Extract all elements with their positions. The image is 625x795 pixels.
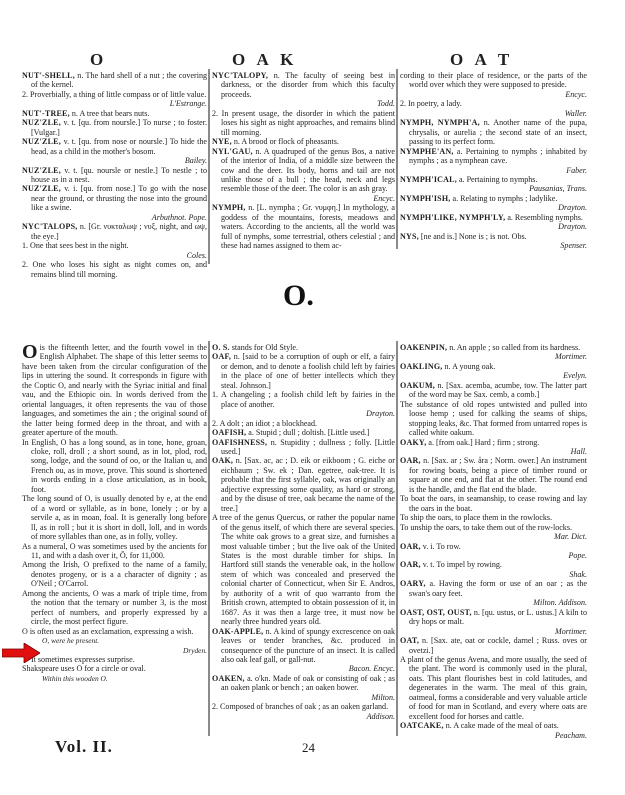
headword: OAFISHNESS, [212, 438, 267, 447]
dictionary-entry: OAFISHNESS, n. Stupidity ; dullness ; fo… [212, 438, 395, 457]
dictionary-entry: NYC'TALOPS, n. [Gr. νυκταλωψ ; νυξ, nigh… [22, 222, 207, 241]
dictionary-entry: NYMPH, n. [L. nympha ; Gr. νυμφη.] In my… [212, 203, 395, 250]
entry-text: Among the Irish, O prefixed to the name … [22, 560, 207, 588]
dictionary-entry: OATCAKE, n. A cake made of the meal of o… [400, 721, 587, 740]
dictionary-entry: OAST, OST, OUST, n. [qu. ustus, or L. us… [400, 608, 587, 636]
top-column-3: cording to their place of residence, or … [400, 71, 587, 251]
citation-author: Drayton. [221, 409, 395, 418]
dictionary-entry: It sometimes expresses surprise. [22, 655, 207, 664]
headword: OAKEN, [212, 674, 245, 683]
dictionary-entry: NUZ'ZLE, v. t. [qu. from nose or noursle… [22, 137, 207, 165]
entry-text: 2. A dolt ; an idiot ; a blockhead. [212, 419, 317, 428]
dictionary-entry: OAR, v. i. To row.Pope. [400, 542, 587, 561]
entry-text: n. [Sax. ate, oat or cockle, darnel ; Ru… [409, 636, 587, 654]
headword: OAK-APPLE, [212, 627, 263, 636]
headword: OAST, OST, OUST, [400, 608, 472, 617]
quotation: O, were he present. [42, 636, 99, 645]
entry-text: 1. A changeling ; a foolish child left b… [212, 390, 395, 408]
bottom-column-3: OAKENPIN, n. An apple ; so called from i… [400, 343, 587, 740]
top-column-1: NUT'-SHELL, n. The hard shell of a nut ;… [22, 71, 207, 279]
entry-text: n. An apple ; so called from its hardnes… [447, 343, 580, 352]
citation-author: Shak. [409, 570, 587, 579]
dictionary-entry: NYC'TALOPY, n. The faculty of seeing bes… [212, 71, 395, 109]
dictionary-entry: cording to their place of residence, or … [400, 71, 587, 99]
guide-word-left: O [90, 50, 107, 70]
citation-author: Drayton. [409, 203, 587, 212]
dictionary-entry: OAKEN, a. o'kn. Made of oak or consistin… [212, 674, 395, 702]
dictionary-entry: NUZ'ZLE, v. i. [qu. from nose.] To go wi… [22, 184, 207, 222]
headword: NYE, [212, 137, 232, 146]
entry-text: It sometimes expresses surprise. [31, 655, 135, 664]
entry-text: a. o'kn. Made of oak or consisting of oa… [221, 674, 395, 692]
dictionary-entry: To ship the oars, to place them in the r… [400, 513, 587, 522]
citation-author: Bailey. [31, 156, 207, 165]
entry-text: v. i. To row. [421, 542, 461, 551]
dictionary-entry: NUZ'ZLE, v. t. [qu. noursle or nestle.] … [22, 166, 207, 185]
citation-author: Evelyn. [409, 371, 587, 380]
column-divider [208, 69, 210, 264]
citation-author: Bacon. Encyc. [221, 664, 395, 673]
entry-text: a. Pertaining to nymphs. [457, 175, 537, 184]
headword: OAKUM, [400, 381, 435, 390]
headword: NYMPH'ICAL, [400, 175, 457, 184]
entry-text: stands for Old Style. [230, 343, 298, 352]
dictionary-entry: Shakspeare uses O for a circle or oval. [22, 664, 207, 673]
headword: OAT, [400, 636, 419, 645]
citation-author: Pausanias, Trans. [409, 184, 587, 193]
dictionary-entry: OAKUM, n. [Sax. acemba, acumbe, tow. The… [400, 381, 587, 400]
dictionary-entry: Within this wooden O. [22, 674, 207, 683]
entry-text: n. A brood or flock of pheasants. [232, 137, 339, 146]
dictionary-entry: OAK, n. [Sax. ac, ac ; D. eik or eikboom… [212, 456, 395, 513]
dictionary-entry: 2. A dolt ; an idiot ; a blockhead. [212, 419, 395, 428]
dictionary-entry: 2. Proverbially, a thing of little compa… [22, 90, 207, 109]
headword: OAR, [400, 456, 421, 465]
entry-text: As a numeral, O was sometimes used by th… [22, 542, 207, 560]
citation-author: Addison. [221, 712, 395, 721]
dictionary-entry: 2. One who loses his sight as night come… [22, 260, 207, 279]
citation-author: Pope. [409, 551, 587, 560]
headword: NYMPH, [212, 203, 246, 212]
entry-text: 2. Composed of branches of oak ; as an o… [212, 702, 388, 711]
headword: OATCAKE, [400, 721, 444, 730]
entry-text: 2. Proverbially, a thing of little compa… [22, 90, 206, 99]
headword: NUZ'ZLE, [22, 118, 61, 127]
entry-text: Among the ancients, O was a mark of trip… [22, 589, 207, 626]
entry-text: O is often used as an exclamation, expre… [22, 627, 193, 636]
entry-text: [ne and is.] None is ; is not. Obs. [419, 232, 527, 241]
entry-text: The substance of old ropes untwisted and… [400, 400, 587, 437]
entry-text: A tree of the genus Quercus, or rather t… [212, 513, 395, 626]
headword: OAR, [400, 542, 421, 551]
entry-text: n. [Sax. ac, ac ; D. eik or eikboom ; G.… [221, 456, 395, 512]
dictionary-entry: OAKENPIN, n. An apple ; so called from i… [400, 343, 587, 362]
dictionary-entry: As a numeral, O was sometimes used by th… [22, 542, 207, 561]
column-divider [208, 341, 210, 736]
citation-author: Milton. Addison. [409, 598, 587, 607]
headword: NYMPHE'AN, [400, 147, 454, 156]
citation-author: Todd. [221, 99, 395, 108]
citation-author: Waller. [409, 109, 587, 118]
dictionary-entry: NUZ'ZLE, v. t. [qu. from noursle.] To nu… [22, 118, 207, 137]
headword: O. S. [212, 343, 230, 352]
headword: OAF, [212, 352, 231, 361]
dictionary-entry: To boat the oars, in seamanship, to ceas… [400, 494, 587, 513]
dictionary-entry: NYMPH'ICAL, a. Pertaining to nymphs.Paus… [400, 175, 587, 194]
entry-text: a. Having the form or use of an oar ; as… [409, 579, 587, 597]
entry-text: 2. One who loses his sight as night come… [22, 260, 207, 278]
dictionary-entry: OAF, n. [said to be a corruption of ouph… [212, 352, 395, 390]
entry-text: n. A young oak. [443, 362, 496, 371]
entry-text: v. t. To impel by rowing. [421, 560, 502, 569]
top-column-2: NYC'TALOPY, n. The faculty of seeing bes… [212, 71, 395, 251]
dictionary-entry: OAK-APPLE, n. A kind of spungy excrescen… [212, 627, 395, 674]
dictionary-entry: NYMPHE'AN, a. Pertaining to nymphs ; inh… [400, 147, 587, 175]
headword: OAFISH, [212, 428, 246, 437]
dictionary-entry: 2. In present usage, the disorder in whi… [212, 109, 395, 137]
dictionary-entry: OAKLING, n. A young oak.Evelyn. [400, 362, 587, 381]
headword: OAR, [400, 560, 421, 569]
column-divider [396, 341, 398, 736]
entry-text: 1. One that sees best in the night. [22, 241, 129, 250]
entry-text: Shakspeare uses O for a circle or oval. [22, 664, 146, 673]
citation-author: Peacham. [409, 731, 587, 740]
headword: NYL'GAU, [212, 147, 253, 156]
citation-author: Spenser. [409, 241, 587, 250]
dictionary-entry: OARY, a. Having the form or use of an oa… [400, 579, 587, 607]
guide-word-right: O A T [450, 50, 513, 70]
headword: NYMPH, NYMPH'A, [400, 118, 480, 127]
volume-label: Vol. II. [55, 737, 113, 757]
dictionary-entry: NYMPH'ISH, a. Relating to nymphs ; ladyl… [400, 194, 587, 213]
citation-author: Coles. [31, 251, 207, 260]
bottom-column-1: O is the fifteenth letter, and the fourt… [22, 343, 207, 683]
citation-author: L'Estrange. [31, 99, 207, 108]
dictionary-entry: OAR, n. [Sax. ar ; Sw. åra ; Norm. ower.… [400, 456, 587, 494]
dictionary-entry: NYMPH, NYMPH'A, n. Another name of the p… [400, 118, 587, 146]
headword: NYC'TALOPS, [22, 222, 77, 231]
citation-author: Encyc. [221, 194, 395, 203]
entry-text: a. Relating to nymphs ; ladylike. [451, 194, 558, 203]
bottom-column-2: O. S. stands for Old Style.OAF, n. [said… [212, 343, 395, 721]
dictionary-entry: O is often used as an exclamation, expre… [22, 627, 207, 636]
dictionary-entry: The substance of old ropes untwisted and… [400, 400, 587, 438]
headword: NUZ'ZLE, [22, 184, 61, 193]
citation-author: Dryden. [42, 646, 207, 655]
entry-text: n. [L. nympha ; Gr. νυμφη.] In mythology… [221, 203, 395, 250]
headword: OARY, [400, 579, 426, 588]
dictionary-entry: OAFISH, a. Stupid ; dull ; doltish. [Lit… [212, 428, 395, 437]
entry-text: A plant of the genus Avena, and more usu… [400, 655, 587, 721]
headword: NYC'TALOPY, [212, 71, 268, 80]
dictionary-entry: OAR, v. t. To impel by rowing.Shak. [400, 560, 587, 579]
dictionary-entry: To unship the oars, to take them out of … [400, 523, 587, 542]
headword: NYMPH'ISH, [400, 194, 451, 203]
dictionary-page: O O A K O A T NUT'-SHELL, n. The hard sh… [0, 0, 625, 795]
red-arrow-icon [2, 643, 40, 663]
headword: OAKENPIN, [400, 343, 447, 352]
citation-author: Mortimer. [409, 352, 587, 361]
dictionary-entry: NYE, n. A brood or flock of pheasants. [212, 137, 395, 146]
dictionary-entry: NYMPH'LIKE, NYMPH'LY, a. Resembling nymp… [400, 213, 587, 232]
entry-text: is the fifteenth letter, and the fourth … [22, 343, 207, 437]
headword: NUT'-TREE, [22, 109, 70, 118]
entry-text: In English, O has a long sound, as in to… [22, 438, 207, 494]
dictionary-entry: NYS, [ne and is.] None is ; is not. Obs.… [400, 232, 587, 251]
headword: NYMPH'LIKE, NYMPH'LY, [400, 213, 505, 222]
entry-text: The long sound of O, is usually denoted … [22, 494, 207, 541]
citation-author: Drayton. [409, 222, 587, 231]
headword: NUT'-SHELL, [22, 71, 75, 80]
dictionary-entry: OAKY, a. [from oak.] Hard ; firm ; stron… [400, 438, 587, 457]
entry-text: To boat the oars, in seamanship, to ceas… [400, 494, 587, 512]
dictionary-entry: 2. In poetry, a lady.Waller. [400, 99, 587, 118]
dictionary-entry: In English, O has a long sound, as in to… [22, 438, 207, 495]
entry-text: n. [said to be a corruption of ouph or e… [221, 352, 395, 389]
dictionary-entry: Among the ancients, O was a mark of trip… [22, 589, 207, 627]
entry-text: a. [from oak.] Hard ; firm ; strong. [426, 438, 539, 447]
citation-author: Arbuthnot. Pope. [31, 213, 207, 222]
entry-text: n. A cake made of the meal of oats. [444, 721, 559, 730]
entry-text: 2. In present usage, the disorder in whi… [212, 109, 395, 137]
dictionary-entry: 1. One that sees best in the night.Coles… [22, 241, 207, 260]
headword: NUZ'ZLE, [22, 166, 61, 175]
drop-cap: O [22, 344, 38, 360]
entry-text: n. [Sax. ar ; Sw. åra ; Norm. ower.] An … [409, 456, 587, 493]
guide-word-center: O A K [232, 50, 297, 70]
citation-author: Mortimer. [409, 627, 587, 636]
quotation: Within this wooden O. [42, 674, 108, 683]
headword: OAKY, [400, 438, 426, 447]
citation-author: Hall. [409, 447, 587, 456]
entry-text: a. Resembling nymphs. [505, 213, 583, 222]
dictionary-entry: Among the Irish, O prefixed to the name … [22, 560, 207, 588]
entry-text: n. A tree that bears nuts. [70, 109, 150, 118]
dictionary-entry: OAT, n. [Sax. ate, oat or cockle, darnel… [400, 636, 587, 655]
headword: NYS, [400, 232, 419, 241]
dictionary-entry: The long sound of O, is usually denoted … [22, 494, 207, 541]
entry-text: 2. In poetry, a lady. [400, 99, 462, 108]
entry-text: a. Stupid ; dull ; doltish. [Little used… [246, 428, 369, 437]
dictionary-entry: A plant of the genus Avena, and more usu… [400, 655, 587, 721]
page-number: 24 [302, 740, 315, 756]
entry-text: n. [Sax. acemba, acumbe, tow. The latter… [409, 381, 587, 399]
citation-author: Faber. [409, 166, 587, 175]
entry-text: To ship the oars, to place them in the r… [400, 513, 552, 522]
dictionary-entry: A tree of the genus Quercus, or rather t… [212, 513, 395, 626]
citation-author: Mar. Dict. [409, 532, 587, 541]
headword: NUZ'ZLE, [22, 137, 61, 146]
citation-author: Milton. [221, 693, 395, 702]
dictionary-entry: NUT'-SHELL, n. The hard shell of a nut ;… [22, 71, 207, 90]
citation-author: Encyc. [409, 90, 587, 99]
dictionary-entry: NYL'GAU, n. A quadruped of the genus Bos… [212, 147, 395, 204]
dictionary-entry: O, were he present.Dryden. [22, 636, 207, 655]
section-letter-heading: O. [283, 279, 314, 313]
dictionary-entry: 2. Composed of branches of oak ; as an o… [212, 702, 395, 721]
entry-text: To unship the oars, to take them out of … [400, 523, 572, 532]
dictionary-entry: 1. A changeling ; a foolish child left b… [212, 390, 395, 418]
entry-text: cording to their place of residence, or … [400, 71, 587, 89]
column-divider [396, 69, 398, 249]
headword: OAKLING, [400, 362, 443, 371]
dictionary-entry: O. S. stands for Old Style. [212, 343, 395, 352]
headword: OAK, [212, 456, 233, 465]
dictionary-entry: NUT'-TREE, n. A tree that bears nuts. [22, 109, 207, 118]
dictionary-entry: O is the fifteenth letter, and the fourt… [22, 343, 207, 438]
